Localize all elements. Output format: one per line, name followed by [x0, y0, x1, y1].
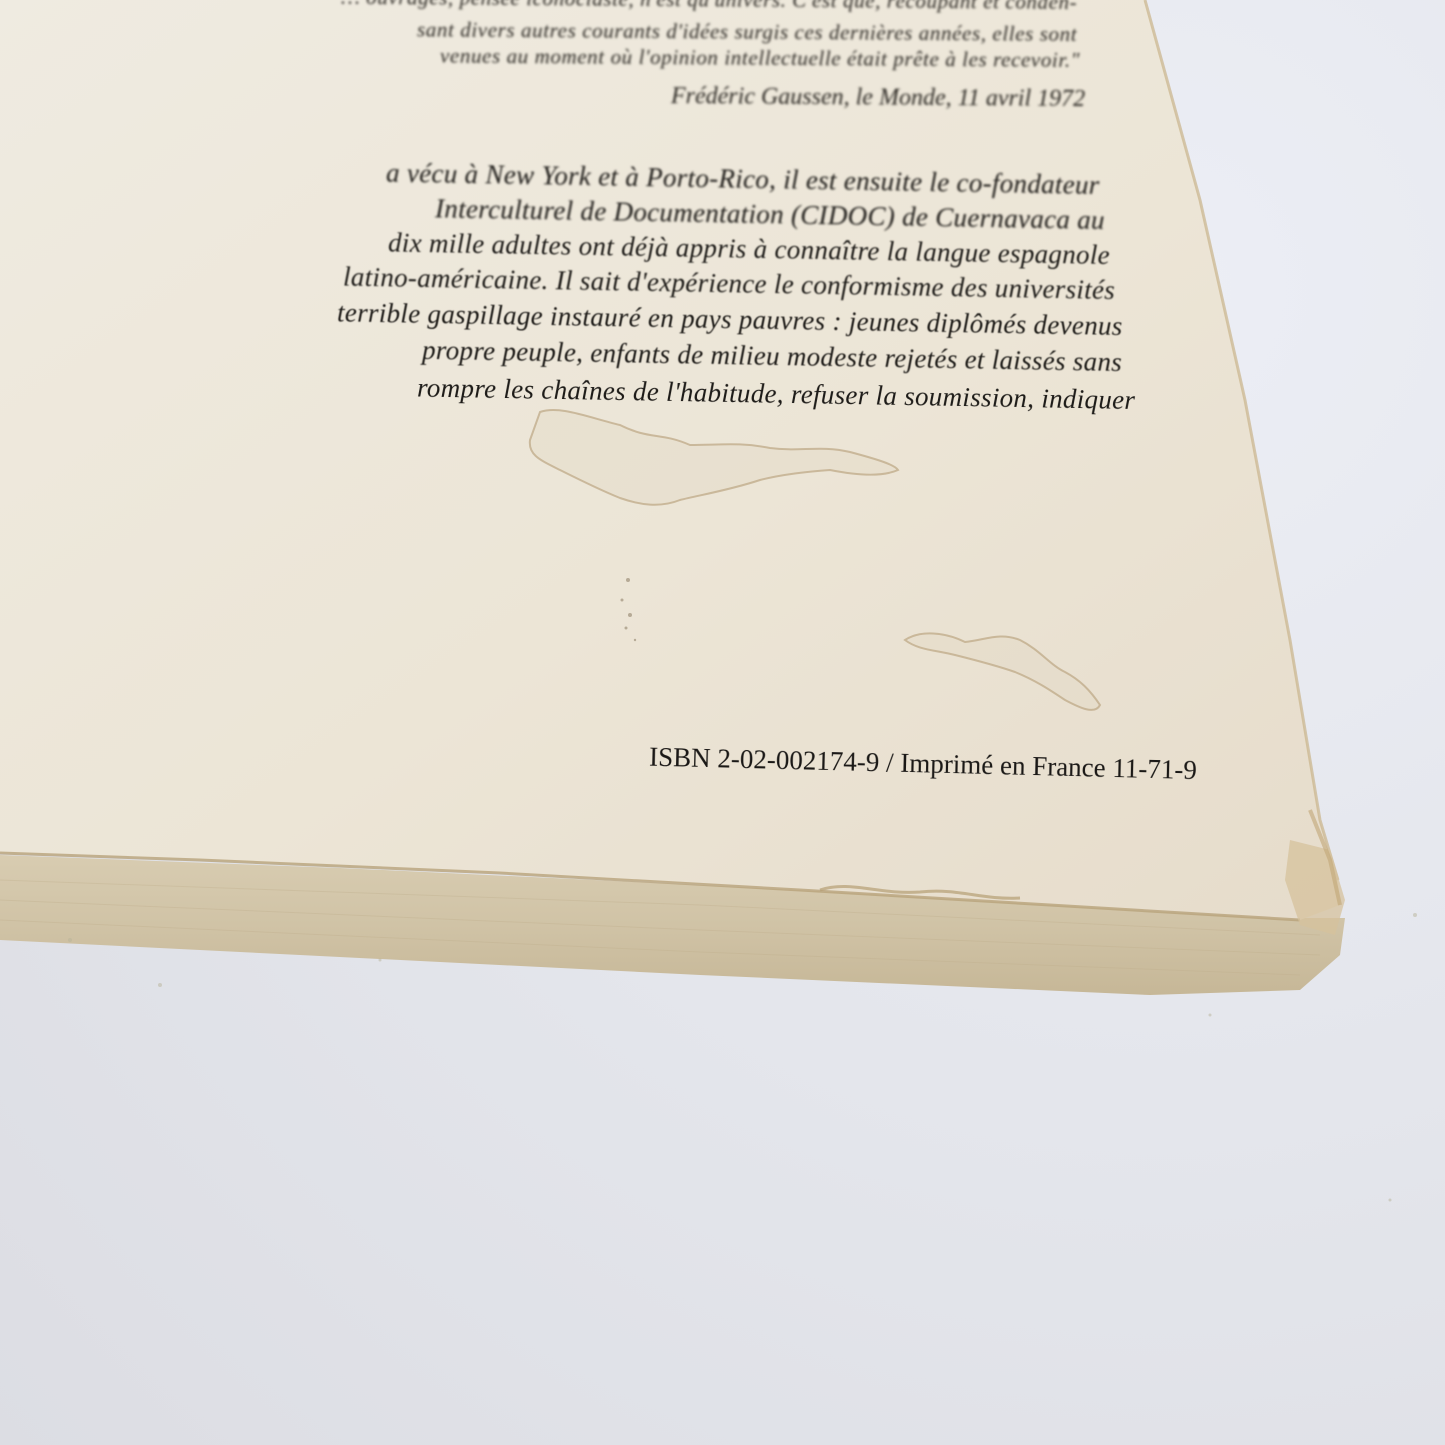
stain-1 [530, 410, 898, 505]
quote-attribution: Frédéric Gaussen, le Monde, 11 avril 197… [671, 83, 1085, 113]
quote-line-3: venues au moment où l'opinion intellectu… [440, 44, 1080, 73]
stain-2 [905, 633, 1100, 710]
quote-line-2: sant divers autres courants d'idées surg… [417, 17, 1077, 47]
